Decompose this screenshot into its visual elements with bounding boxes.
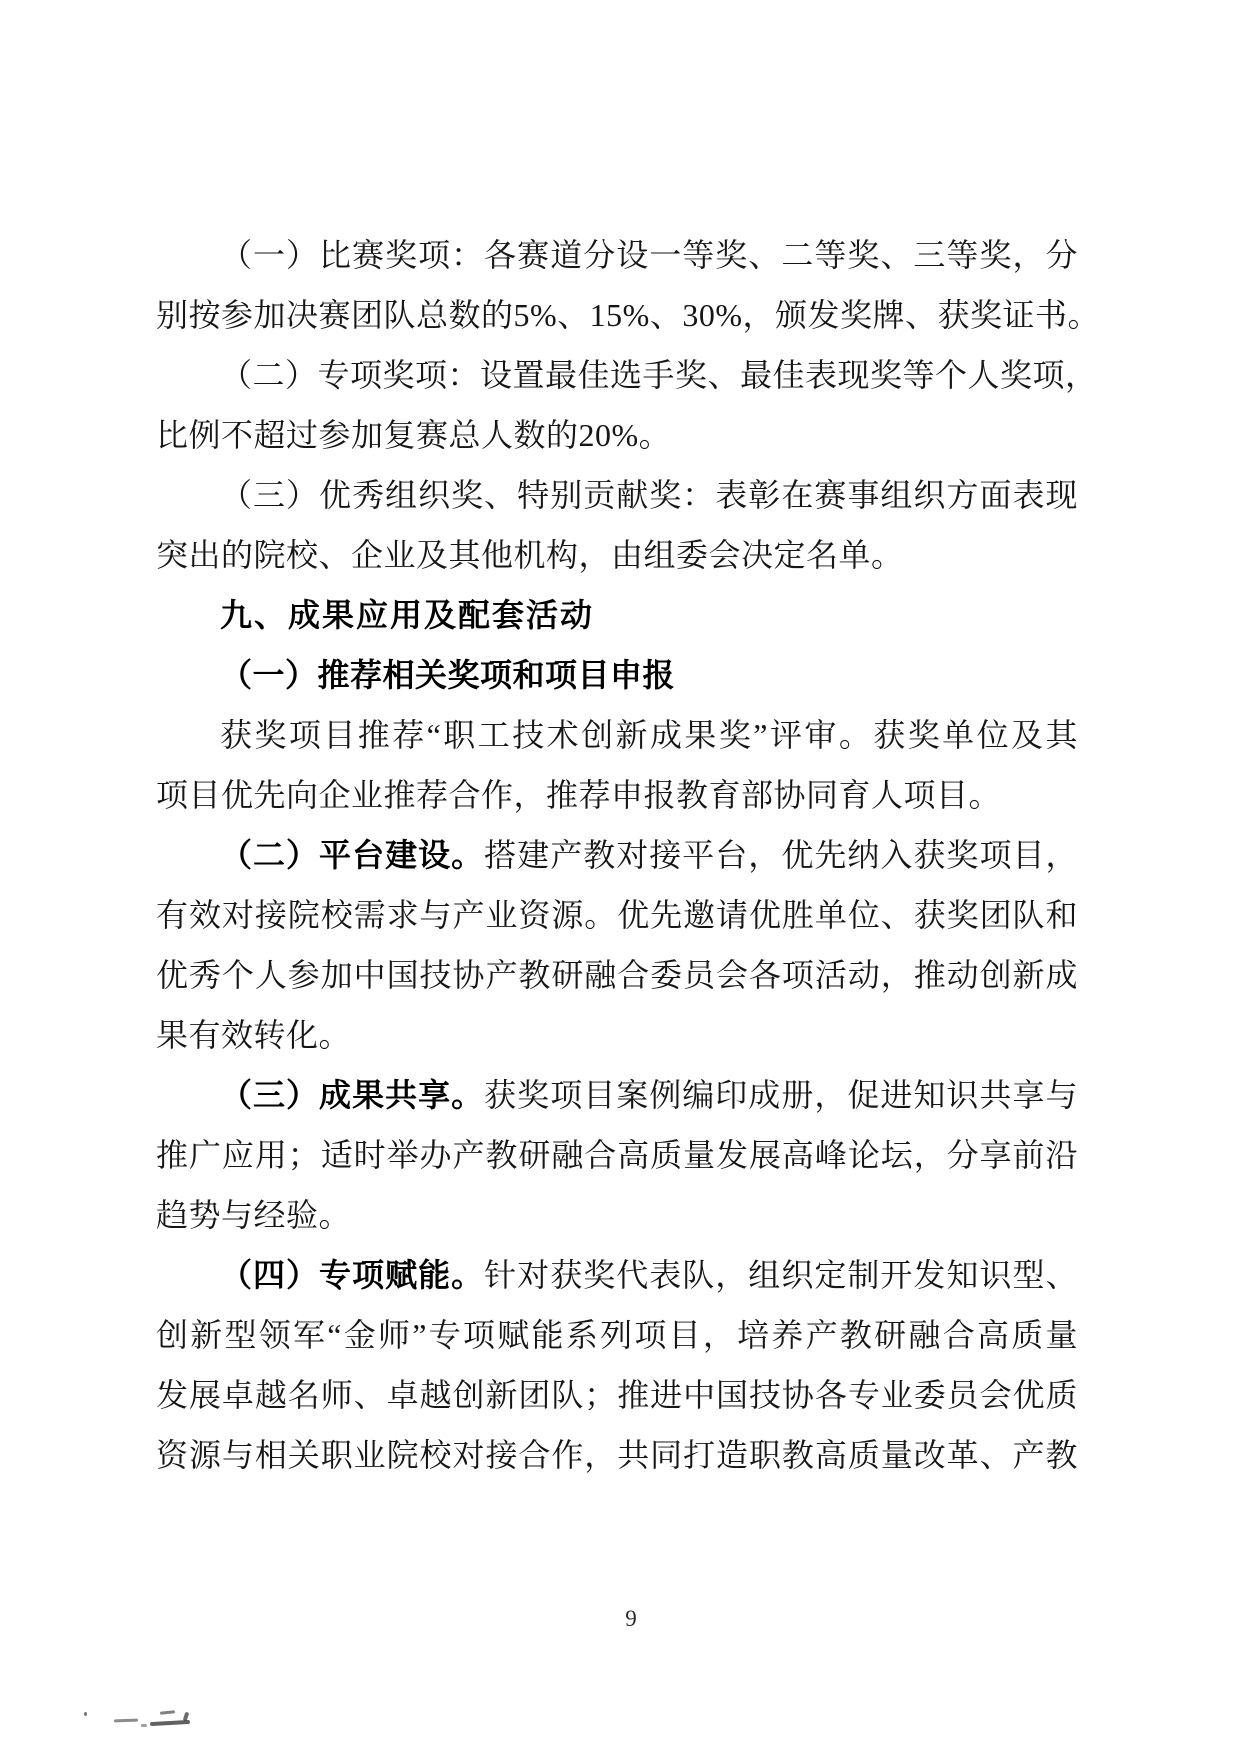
text-segment: 突出的院校、企业及其他机构，由组委会决定名单。 [156,537,904,573]
scan-artifact [160,1710,175,1715]
text-line: 比例不超过参加复赛总人数的20%。 [156,405,1078,465]
text-segment: （二）专项奖项：设置最佳选手奖、最佳表现奖等个人奖项， [220,357,1098,393]
text-line: 有效对接院校需求与产业资源。优先邀请优胜单位、获奖团队和 [156,885,1078,945]
text-line: 推广应用；适时举办产教研融合高质量发展高峰论坛，分享前沿 [156,1125,1078,1185]
text-segment: 资源与相关职业院校对接合作，共同打造职教高质量改革、产教 [156,1437,1078,1473]
text-line: （三）优秀组织奖、特别贡献奖：表彰在赛事组织方面表现 [156,465,1078,525]
text-segment: （一）比赛奖项：各赛道分设一等奖、二等奖、三等奖，分 [220,237,1078,273]
text-segment: 项目优先向企业推荐合作，推荐申报教育部协同育人项目。 [156,777,1001,813]
bold-text-segment: （三）成果共享。 [220,1077,484,1113]
document-body: （一）比赛奖项：各赛道分设一等奖、二等奖、三等奖，分别按参加决赛团队总数的5%、… [156,225,1078,1485]
text-segment: （三）优秀组织奖、特别贡献奖：表彰在赛事组织方面表现 [220,477,1078,513]
text-line: （二）专项奖项：设置最佳选手奖、最佳表现奖等个人奖项， [156,345,1078,405]
text-segment: 比例不超过参加复赛总人数的20%。 [156,417,671,453]
bold-text-segment: 九、成果应用及配套活动 [220,597,594,633]
heading-line: 九、成果应用及配套活动 [156,585,1078,645]
text-line: 突出的院校、企业及其他机构，由组委会决定名单。 [156,525,1078,585]
text-segment: 针对获奖代表队，组织定制开发知识型、 [484,1257,1078,1293]
text-line: 发展卓越名师、卓越创新团队；推进中国技协各专业委员会优质 [156,1365,1078,1425]
text-segment: 有效对接院校需求与产业资源。优先邀请优胜单位、获奖团队和 [156,897,1078,933]
text-line: 创新型领军“金师”专项赋能系列项目，培养产教研融合高质量 [156,1305,1078,1365]
text-segment: 获奖项目推荐“职工技术创新成果奖”评审。获奖单位及其 [220,717,1078,753]
text-line: 趋势与经验。 [156,1185,1078,1245]
text-segment: 优秀个人参加中国技协产教研融合委员会各项活动，推动创新成 [156,957,1078,993]
scan-artifact [114,1719,138,1723]
text-line: （二）平台建设。搭建产教对接平台，优先纳入获奖项目， [156,825,1078,885]
text-segment: 趋势与经验。 [156,1197,351,1233]
page-number: 9 [0,1604,1240,1634]
text-line: 优秀个人参加中国技协产教研融合委员会各项活动，推动创新成 [156,945,1078,1005]
scan-artifact [84,1712,87,1716]
text-line: 别按参加决赛团队总数的5%、15%、30%，颁发奖牌、获奖证书。 [156,285,1078,345]
bold-text-segment: （一）推荐相关奖项和项目申报 [220,657,675,693]
text-segment: 获奖项目案例编印成册，促进知识共享与 [484,1077,1078,1113]
document-page: （一）比赛奖项：各赛道分设一等奖、二等奖、三等奖，分别按参加决赛团队总数的5%、… [0,0,1240,1753]
text-line: 项目优先向企业推荐合作，推荐申报教育部协同育人项目。 [156,765,1078,825]
text-line: 资源与相关职业院校对接合作，共同打造职教高质量改革、产教 [156,1425,1078,1485]
text-line: （一）比赛奖项：各赛道分设一等奖、二等奖、三等奖，分 [156,225,1078,285]
scan-artifact [141,1724,147,1727]
heading-line: （一）推荐相关奖项和项目申报 [156,645,1078,705]
text-segment: 搭建产教对接平台，优先纳入获奖项目， [484,837,1078,873]
text-segment: 果有效转化。 [156,1017,351,1053]
bold-text-segment: （二）平台建设。 [220,837,484,873]
text-line: 获奖项目推荐“职工技术创新成果奖”评审。获奖单位及其 [156,705,1078,765]
text-segment: 创新型领军“金师”专项赋能系列项目，培养产教研融合高质量 [156,1317,1078,1353]
text-line: （四）专项赋能。针对获奖代表队，组织定制开发知识型、 [156,1245,1078,1305]
text-segment: 推广应用；适时举办产教研融合高质量发展高峰论坛，分享前沿 [156,1137,1078,1173]
text-line: 果有效转化。 [156,1005,1078,1065]
bold-text-segment: （四）专项赋能。 [220,1257,484,1293]
text-segment: 别按参加决赛团队总数的5%、15%、30%，颁发奖牌、获奖证书。 [156,297,1100,333]
text-segment: 发展卓越名师、卓越创新团队；推进中国技协各专业委员会优质 [156,1377,1078,1413]
text-line: （三）成果共享。获奖项目案例编印成册，促进知识共享与 [156,1065,1078,1125]
